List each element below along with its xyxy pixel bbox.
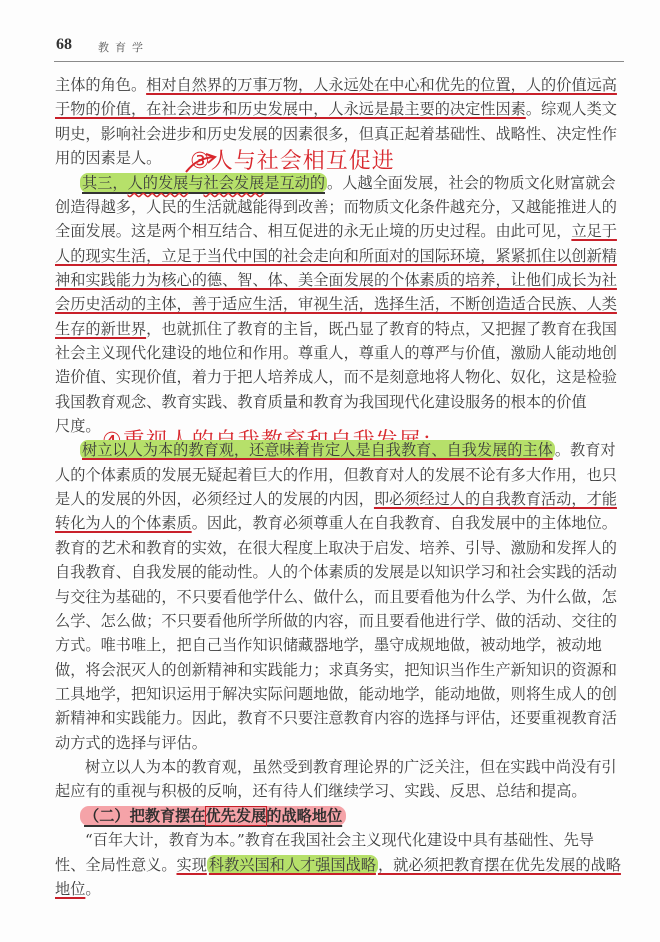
underlined-text: 实现科教兴国和人才强国战略，就必须把教育摆在优先发展的战略 [177,855,621,875]
boxed-text: 优先发展 [206,807,267,825]
text-line: 转化为人的个体素质。因此，教育必须尊重人在自我教育、自我发展中的主体地位。 [55,512,617,534]
wavy-underlined-text: 人的发展 [128,174,189,192]
green-highlight: 其三，人的发展与社会发展是互动的 [80,173,327,193]
text-span: 实现 [177,856,207,874]
text-span: ，就必须把教育摆在优先发展的战略 [378,856,621,874]
underlined-text: 会历史活动的主体，善于适应生活，审视生活，选择生活，不断创造适合民族、人类 [55,295,617,313]
text-span: 。综观人类文 [526,100,617,118]
text-span: 全面发展。这是两个相互结合、相互促进的永无止境的历史过程。由此可见， [55,222,571,240]
text-line: 工具地学，把知识运用于解决实际问题地做，能动地学，能动地做，则将生成人的创 [55,683,617,705]
underlined-text: 即必须经过人的自我教育活动，才能 [374,490,617,508]
text-span: 树立以人为本的教育观，虽然受到教育理论界的广泛关注，但在实践中尚没有引 [85,758,617,776]
running-header-title: 教育学 [98,39,149,55]
underlined-text: 于物的价值，在社会进步和历史发展中，人永远是最主要的决定性因素 [55,100,526,118]
text-span: 工具地学，把知识运用于解决实际问题地做，能动地学，能动地做，则将生成人的创 [55,685,617,703]
text-line: 树立以人为本的教育观，虽然受到教育理论界的广泛关注，但在实践中尚没有引 [85,756,617,778]
text-span: ，也就抓住了教育的主旨，既凸显了教育的特点，又把握了教育在我国 [146,320,617,338]
text-line: 全面发展。这是两个相互结合、相互促进的永无止境的历史过程。由此可见，立足于 [55,220,617,242]
text-span: 动方式的选择与评估。 [55,734,207,752]
text-span: 主体的角色。 [55,76,146,94]
header-rule [54,61,624,62]
text-line: 于物的价值，在社会进步和历史发展中，人永远是最主要的决定性因素。综观人类文 [55,98,617,120]
text-line: 用的因素是人。 [55,147,161,169]
underlined-text: 立足于 [571,222,617,240]
text-line: 尺度。 [55,415,101,437]
green-highlight: 树立以人为本的教育观，还意味着肯定人是自我教育、自我发展的主体 [80,440,555,460]
text-span: 起应有的重视与积极的反响，还有待人们继续学习、实践、反思、总结和提高。 [55,782,587,800]
text-span: 与交往为基础的，不只要看他学什么、做什么，而且要看他为什么学、为什么做，怎 [55,588,617,606]
text-span: 。人越全面发展，社会的物质文化财富就会 [327,174,616,192]
underlined-text: 相对自然界的万事万物，人永远处在中心和优先的位置，人的价值远高 [146,76,617,94]
text-line: 社会主义现代化建设的地位和作用。尊重人，尊重人的尊严与价值，激励人能动地创 [55,342,617,364]
text-span: 造价值、实现价值，着力于把人培养成人，而不是刻意地将人物化、奴化，这是检验 [55,368,617,386]
text-span: 我国教育观念、教育实践、教育质量和教育为我国现代化建设服务的根本的价值 [55,393,587,411]
text-line: 新精神和实践能力。因此，教育不只要注意教育内容的选择与评估，还要重视教育活 [55,707,617,729]
underlined-text: 神和实践能力为核心的德、智、体、美全面发展的个体素质的培养，让他们成长为社 [55,271,617,289]
text-span: 创造得越多，人民的生活就越能得到改善；而物质文化条件越充分，又越能推进人的 [55,198,617,216]
text-line: 生存的新世界，也就抓住了教育的主旨，既凸显了教育的特点，又把握了教育在我国 [55,318,617,340]
text-span: 。教育对 [555,441,616,459]
text-line: 树立以人为本的教育观，还意味着肯定人是自我教育、自我发展的主体。教育对 [80,439,616,461]
text-line: 会历史活动的主体，善于适应生活，审视生活，选择生活，不断创造适合民族、人类 [55,293,617,315]
text-line: 我国教育观念、教育实践、教育质量和教育为我国现代化建设服务的根本的价值 [55,391,587,413]
page-number: 68 [56,36,72,54]
text-line: 地位。 [55,878,101,900]
text-span: 。 [85,880,100,898]
text-span: 用的因素是人。 [55,149,161,167]
text-line: 明史，影响社会进步和历史发展的因素很多，但真正起着基础性、战略性、决定性作 [55,123,617,145]
underlined-text: 生存的新世界 [55,320,146,338]
text-span: 做，将会泯灭人的创新精神和实践能力；求真务实，把知识当作生产新知识的资源和 [55,661,617,679]
text-line: 动方式的选择与评估。 [55,732,207,754]
text-span: 与 [188,174,203,192]
text-line: 自我教育、自我发展的能动性。人的个体素质的发展是以知识学习和社会实践的活动 [55,561,617,583]
text-span: 是人的发展的外因，必须经过人的发展的内因， [55,490,374,508]
text-line: 么学、怎么做；不只要看他所学所做的内容，而且要看他进行学、做的活动、交往的 [55,610,617,632]
text-span: 人的个体素质的发展无疑起着巨大的作用，但教育对人的发展不论有多大作用，也只 [55,466,617,484]
text-line: 创造得越多，人民的生活就越能得到改善；而物质文化条件越充分，又越能推进人的 [55,196,617,218]
text-line: 人的现实生活，立足于当代中国的社会走向和所面对的国际环境，紧紧抓住以创新精 [55,245,617,267]
text-span: 么学、怎么做；不只要看他所学所做的内容，而且要看他进行学、做的活动、交往的 [55,612,617,630]
text-span: 自我教育、自我发展的能动性。人的个体素质的发展是以知识学习和社会实践的活动 [55,563,617,581]
handwritten-note-3: ③人与社会相互促进 [190,144,395,175]
text-span: （二）把教育摆在 [84,807,206,825]
text-span: 是互动的 [264,174,325,192]
text-line: 与交往为基础的，不只要看他学什么、做什么，而且要看他为什么学、为什么做，怎 [55,586,617,608]
text-span: 其三， [82,174,128,192]
text-span: 社会主义现代化建设的地位和作用。尊重人，尊重人的尊严与价值，激励人能动地创 [55,344,617,362]
text-line: 主体的角色。相对自然界的万事万物，人永远处在中心和优先的位置，人的价值远高 [55,74,617,96]
underlined-text: 地位 [55,880,85,898]
text-span: 明史，影响社会进步和历史发展的因素很多，但真正起着基础性、战略性、决定性作 [55,125,617,143]
text-line: 做，将会泯灭人的创新精神和实践能力；求真务实，把知识当作生产新知识的资源和 [55,659,617,681]
textbook-page: 68 教育学 主体的角色。相对自然界的万事万物，人永远处在中心和优先的位置，人的… [0,0,660,942]
text-span: 新精神和实践能力。因此，教育不只要注意教育内容的选择与评估，还要重视教育活 [55,709,617,727]
text-span: 教育的艺术和教育的实效，在很大程度上取决于启发、培养、引导、激励和发挥人的 [55,539,617,557]
text-line: 起应有的重视与积极的反响，还有待人们继续学习、实践、反思、总结和提高。 [55,780,587,802]
text-span: 尺度。 [55,417,101,435]
underlined-text: 人的现实生活，立足于当代中国的社会走向和所面对的国际环境，紧紧抓住以创新精 [55,247,617,265]
underlined-text: 转化为人的个体素质 [55,514,192,532]
pink-highlight: （二）把教育摆在优先发展的战略地位 [80,806,346,826]
text-line: 造价值、实现价值，着力于把人培养成人，而不是刻意地将人物化、奴化，这是检验 [55,366,617,388]
text-line: 其三，人的发展与社会发展是互动的。人越全面发展，社会的物质文化财富就会 [80,172,616,194]
text-line: 性、全局性意义。实现科教兴国和人才强国战略，就必须把教育摆在优先发展的战略 [55,854,621,876]
text-line: 方式。唯书唯上，把自己当作知识储藏器地学，墨守成规地做，被动地学，被动地 [55,634,602,656]
text-line: 神和实践能力为核心的德、智、体、美全面发展的个体素质的培养，让他们成长为社 [55,269,617,291]
text-line: “百年大计，教育为本。”教育在我国社会主义现代化建设中具有基础性、先导 [85,829,594,851]
text-span: “百年大计，教育为本。”教育在我国社会主义现代化建设中具有基础性、先导 [85,831,594,849]
text-line: 人的个体素质的发展无疑起着巨大的作用，但教育对人的发展不论有多大作用，也只 [55,464,617,486]
text-span: 性、全局性意义。 [55,856,177,874]
wavy-underlined-text: 社会发展 [204,174,265,192]
text-line: 教育的艺术和教育的实效，在很大程度上取决于启发、培养、引导、激励和发挥人的 [55,537,617,559]
green-highlight: 科教兴国和人才强国战略 [207,855,378,875]
text-span: 的战略地位 [266,807,342,825]
text-span: 方式。唯书唯上，把自己当作知识储藏器地学，墨守成规地做，被动地学，被动地 [55,636,602,654]
text-span: 。因此，教育必须尊重人在自我教育、自我发展中的主体地位。 [192,514,617,532]
section-heading: （二）把教育摆在优先发展的战略地位 [80,805,346,827]
text-line: 是人的发展的外因，必须经过人的发展的内因，即必须经过人的自我教育活动，才能 [55,488,617,510]
